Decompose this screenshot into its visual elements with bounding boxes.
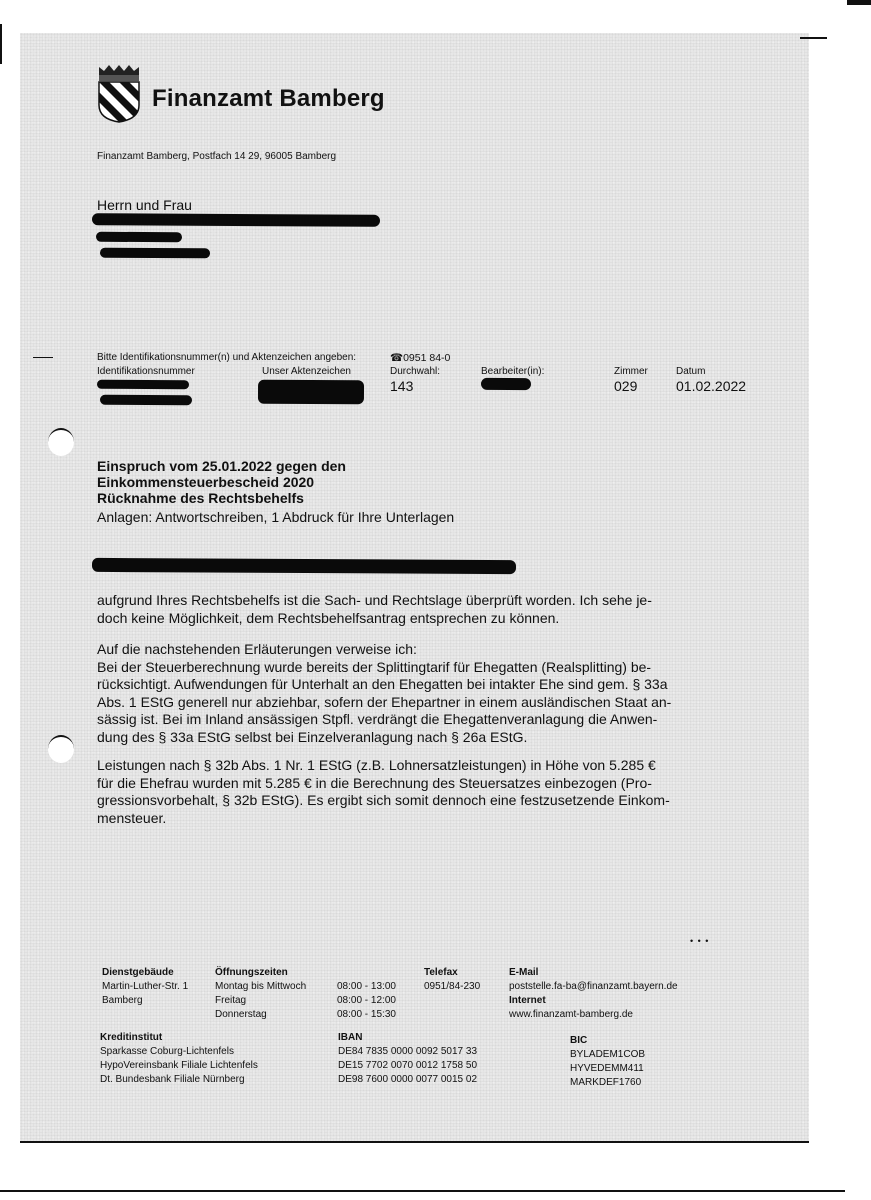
attachments-line: Anlagen: Antwortschreiben, 1 Abdruck für… <box>97 509 454 525</box>
footer-building: Dienstgebäude Martin-Luther-Str. 1 Bambe… <box>102 966 188 1008</box>
hours-time: 08:00 - 12:00 <box>337 994 396 1008</box>
reference-hint: Bitte Identifikationsnummer(n) und Akten… <box>97 352 356 363</box>
id-number-label: Identifikationsnummer <box>97 366 195 377</box>
bank-name: Dt. Bundesbank Filiale Nürnberg <box>100 1073 258 1087</box>
redaction-bar <box>258 380 364 405</box>
bavarian-crest-icon <box>97 63 141 123</box>
iban-value: DE15 7702 0070 0012 1758 50 <box>338 1059 477 1073</box>
footer-bics: BIC BYLADEM1COB HYVEDEMM411 MARKDEF1760 <box>570 1034 645 1090</box>
redaction-bar <box>96 232 182 242</box>
org-name: Finanzamt Bamberg <box>152 85 385 113</box>
building-city: Bamberg <box>102 994 188 1008</box>
bank-name: HypoVereinsbank Filiale Lichtenfels <box>100 1059 258 1073</box>
iban-value: DE98 7600 0000 0077 0015 02 <box>338 1073 477 1087</box>
bic-value: BYLADEM1COB <box>570 1048 645 1062</box>
iban-label: IBAN <box>338 1032 362 1043</box>
telephone-icon: ☎ <box>390 352 403 364</box>
redaction-bar <box>100 248 210 259</box>
hours-days: Donnerstag <box>215 1008 306 1022</box>
subject-line: Einkommensteuerbescheid 2020 <box>97 474 346 490</box>
bic-value: MARKDEF1760 <box>570 1076 645 1090</box>
footer-fax: Telefax 0951/84-230 <box>424 966 480 994</box>
body-paragraph: Auf die nachstehenden Erläuterungen verw… <box>97 641 717 746</box>
footer-contact: E-Mail poststelle.fa-ba@finanzamt.bayern… <box>509 966 678 1022</box>
footer-banks: Kreditinstitut Sparkasse Coburg-Lichtenf… <box>100 1031 258 1087</box>
bic-value: HYVEDEMM411 <box>570 1062 645 1076</box>
iban-value: DE84 7835 0000 0092 5017 33 <box>338 1045 477 1059</box>
extension-value: 143 <box>390 378 413 394</box>
recipient-salutation: Herrn und Frau <box>97 197 192 213</box>
subject-block: Einspruch vom 25.01.2022 gegen den Einko… <box>97 458 346 506</box>
bic-label: BIC <box>570 1035 587 1046</box>
page-bottom-edge <box>20 1141 809 1143</box>
building-label: Dienstgebäude <box>102 967 174 978</box>
redaction-bar <box>92 213 380 227</box>
phone-value: 0951 84-0 <box>403 352 450 364</box>
hours-label: Öffnungszeiten <box>215 967 288 978</box>
redaction-bar <box>97 380 189 389</box>
bank-name: Sparkasse Coburg-Lichtenfels <box>100 1045 258 1059</box>
punch-hole <box>48 735 74 763</box>
decorative-dots: • • • <box>690 936 709 946</box>
website-link[interactable]: www.finanzamt-bamberg.de <box>509 1008 678 1022</box>
hours-days: Freitag <box>215 994 306 1008</box>
fold-mark <box>33 357 53 358</box>
date-label: Datum <box>676 366 705 377</box>
punch-hole <box>48 428 74 456</box>
date-value: 01.02.2022 <box>676 378 746 394</box>
scan-bottom-edge <box>0 1190 845 1192</box>
room-value: 029 <box>614 378 637 394</box>
extension-label: Durchwahl: <box>390 366 440 377</box>
redaction-bar <box>481 378 531 390</box>
footer-ibans: IBAN DE84 7835 0000 0092 5017 33 DE15 77… <box>338 1031 477 1087</box>
phone-number: ☎0951 84-0 <box>390 352 450 364</box>
room-label: Zimmer <box>614 366 648 377</box>
subject-line: Einspruch vom 25.01.2022 gegen den <box>97 458 346 474</box>
redaction-bar <box>100 395 192 405</box>
scan-edge-mark <box>0 24 2 64</box>
bank-institute-label: Kreditinstitut <box>100 1032 162 1043</box>
building-street: Martin-Luther-Str. 1 <box>102 980 188 994</box>
subject-line: Rücknahme des Rechtsbehelfs <box>97 490 346 506</box>
footer-hours: Öffnungszeiten Montag bis Mittwoch Freit… <box>215 966 306 1022</box>
body-paragraph: Leistungen nach § 32b Abs. 1 Nr. 1 EStG … <box>97 757 717 827</box>
hours-time: 08:00 - 15:30 <box>337 1008 396 1022</box>
redaction-bar <box>92 558 516 574</box>
scan-edge-mark <box>847 0 871 5</box>
internet-label: Internet <box>509 995 546 1006</box>
hours-days: Montag bis Mittwoch <box>215 980 306 994</box>
file-number-label: Unser Aktenzeichen <box>262 366 351 377</box>
return-address: Finanzamt Bamberg, Postfach 14 29, 96005… <box>97 151 336 162</box>
fax-value: 0951/84-230 <box>424 980 480 994</box>
scan-edge-mark <box>800 37 827 39</box>
email-link[interactable]: poststelle.fa-ba@finanzamt.bayern.de <box>509 980 678 994</box>
clerk-label: Bearbeiter(in): <box>481 366 544 377</box>
hours-time: 08:00 - 13:00 <box>337 980 396 994</box>
footer-hours-times: 08:00 - 13:00 08:00 - 12:00 08:00 - 15:3… <box>337 980 396 1022</box>
body-paragraph: aufgrund Ihres Rechtsbehelfs ist die Sac… <box>97 592 717 627</box>
email-label: E-Mail <box>509 967 538 978</box>
fax-label: Telefax <box>424 967 458 978</box>
